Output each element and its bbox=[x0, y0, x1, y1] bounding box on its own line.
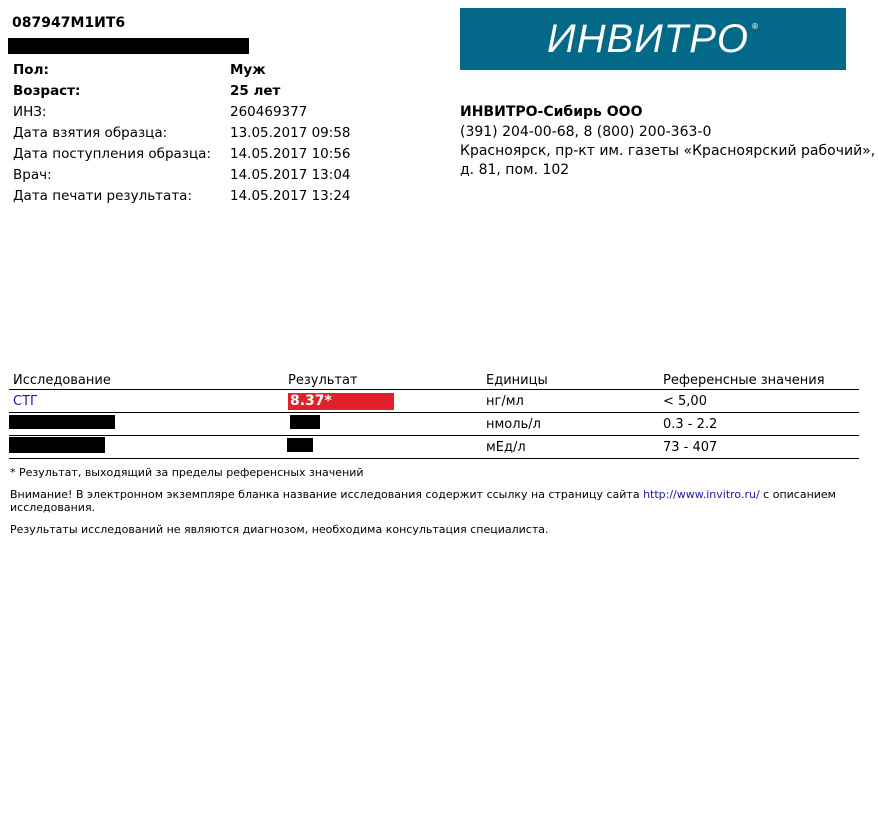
attention-note: Внимание! В электронном экземпляре бланк… bbox=[10, 488, 860, 514]
units-cell: мЕд/л bbox=[486, 440, 663, 455]
info-row-inz: ИНЗ: 260469377 bbox=[13, 102, 351, 123]
logo-text: ИНВИТРО bbox=[547, 17, 749, 62]
info-value: 14.05.2017 13:24 bbox=[230, 186, 351, 207]
info-row-sample-taken: Дата взятия образца: 13.05.2017 09:58 bbox=[13, 123, 351, 144]
info-label: Врач: bbox=[13, 165, 230, 186]
info-label: Дата взятия образца: bbox=[13, 123, 230, 144]
table-row: нмоль/л 0.3 - 2.2 bbox=[9, 413, 859, 436]
results-header: Исследование Результат Единицы Референсн… bbox=[9, 372, 859, 390]
asterisk-note: * Результат, выходящий за пределы рефере… bbox=[10, 466, 860, 479]
info-row-sample-received: Дата поступления образца: 14.05.2017 10:… bbox=[13, 144, 351, 165]
info-row-print-date: Дата печати результата: 14.05.2017 13:24 bbox=[13, 186, 351, 207]
redacted-test-name bbox=[9, 415, 115, 429]
reference-cell: 0.3 - 2.2 bbox=[663, 417, 859, 432]
result-cell bbox=[288, 415, 486, 433]
header-units: Единицы bbox=[486, 373, 663, 388]
lab-info: ИНВИТРО-Сибирь ООО (391) 204-00-68, 8 (8… bbox=[460, 102, 875, 180]
reference-cell: < 5,00 bbox=[663, 394, 859, 409]
info-value: 14.05.2017 13:04 bbox=[230, 165, 351, 186]
info-value: 25 лет bbox=[230, 81, 280, 102]
info-label: ИНЗ: bbox=[13, 102, 230, 123]
header-result: Результат bbox=[288, 373, 486, 388]
redacted-patient-name bbox=[8, 38, 249, 54]
result-cell bbox=[288, 438, 486, 456]
info-value: 14.05.2017 10:56 bbox=[230, 144, 351, 165]
units-cell: нмоль/л bbox=[486, 417, 663, 432]
lab-address-line1: Красноярск, пр-кт им. газеты «Красноярск… bbox=[460, 142, 875, 161]
info-value: 260469377 bbox=[230, 102, 307, 123]
notes: * Результат, выходящий за пределы рефере… bbox=[10, 466, 860, 545]
test-link-redacted[interactable] bbox=[9, 415, 288, 433]
info-label: Возраст: bbox=[13, 81, 230, 102]
disclaimer: Результаты исследований не являются диаг… bbox=[10, 523, 860, 536]
out-of-range-result: 8.37* bbox=[288, 393, 394, 410]
test-link-redacted[interactable] bbox=[9, 437, 288, 457]
registered-mark-icon: ® bbox=[751, 22, 759, 31]
info-row-age: Возраст: 25 лет bbox=[13, 81, 351, 102]
header-reference: Референсные значения bbox=[663, 373, 859, 388]
table-row: мЕд/л 73 - 407 bbox=[9, 436, 859, 459]
lab-name: ИНВИТРО-Сибирь ООО bbox=[460, 102, 875, 122]
units-cell: нг/мл bbox=[486, 394, 663, 409]
info-label: Дата печати результата: bbox=[13, 186, 230, 207]
order-number: 087947М1ИТ6 bbox=[12, 15, 125, 31]
results-table: Исследование Результат Единицы Референсн… bbox=[9, 372, 859, 459]
lab-phones: (391) 204-00-68, 8 (800) 200-363-0 bbox=[460, 122, 875, 142]
redacted-test-name bbox=[9, 437, 105, 453]
invitro-logo: ИНВИТРО ® bbox=[460, 8, 846, 70]
patient-info: Пол: Муж Возраст: 25 лет ИНЗ: 260469377 … bbox=[13, 60, 351, 207]
redacted-result bbox=[290, 415, 320, 429]
header-test: Исследование bbox=[9, 373, 288, 388]
lab-address-line2: д. 81, пом. 102 bbox=[460, 161, 875, 180]
info-value: Муж bbox=[230, 60, 266, 81]
result-cell: 8.37* bbox=[288, 393, 486, 410]
info-label: Пол: bbox=[13, 60, 230, 81]
info-row-sex: Пол: Муж bbox=[13, 60, 351, 81]
attention-prefix: Внимание! В электронном экземпляре бланк… bbox=[10, 488, 643, 501]
info-value: 13.05.2017 09:58 bbox=[230, 123, 351, 144]
table-row: СТГ 8.37* нг/мл < 5,00 bbox=[9, 390, 859, 413]
test-link-stg[interactable]: СТГ bbox=[9, 394, 288, 409]
info-label: Дата поступления образца: bbox=[13, 144, 230, 165]
info-row-doctor: Врач: 14.05.2017 13:04 bbox=[13, 165, 351, 186]
reference-cell: 73 - 407 bbox=[663, 440, 859, 455]
invitro-site-link[interactable]: http://www.invitro.ru/ bbox=[643, 488, 760, 501]
redacted-result bbox=[287, 438, 313, 452]
